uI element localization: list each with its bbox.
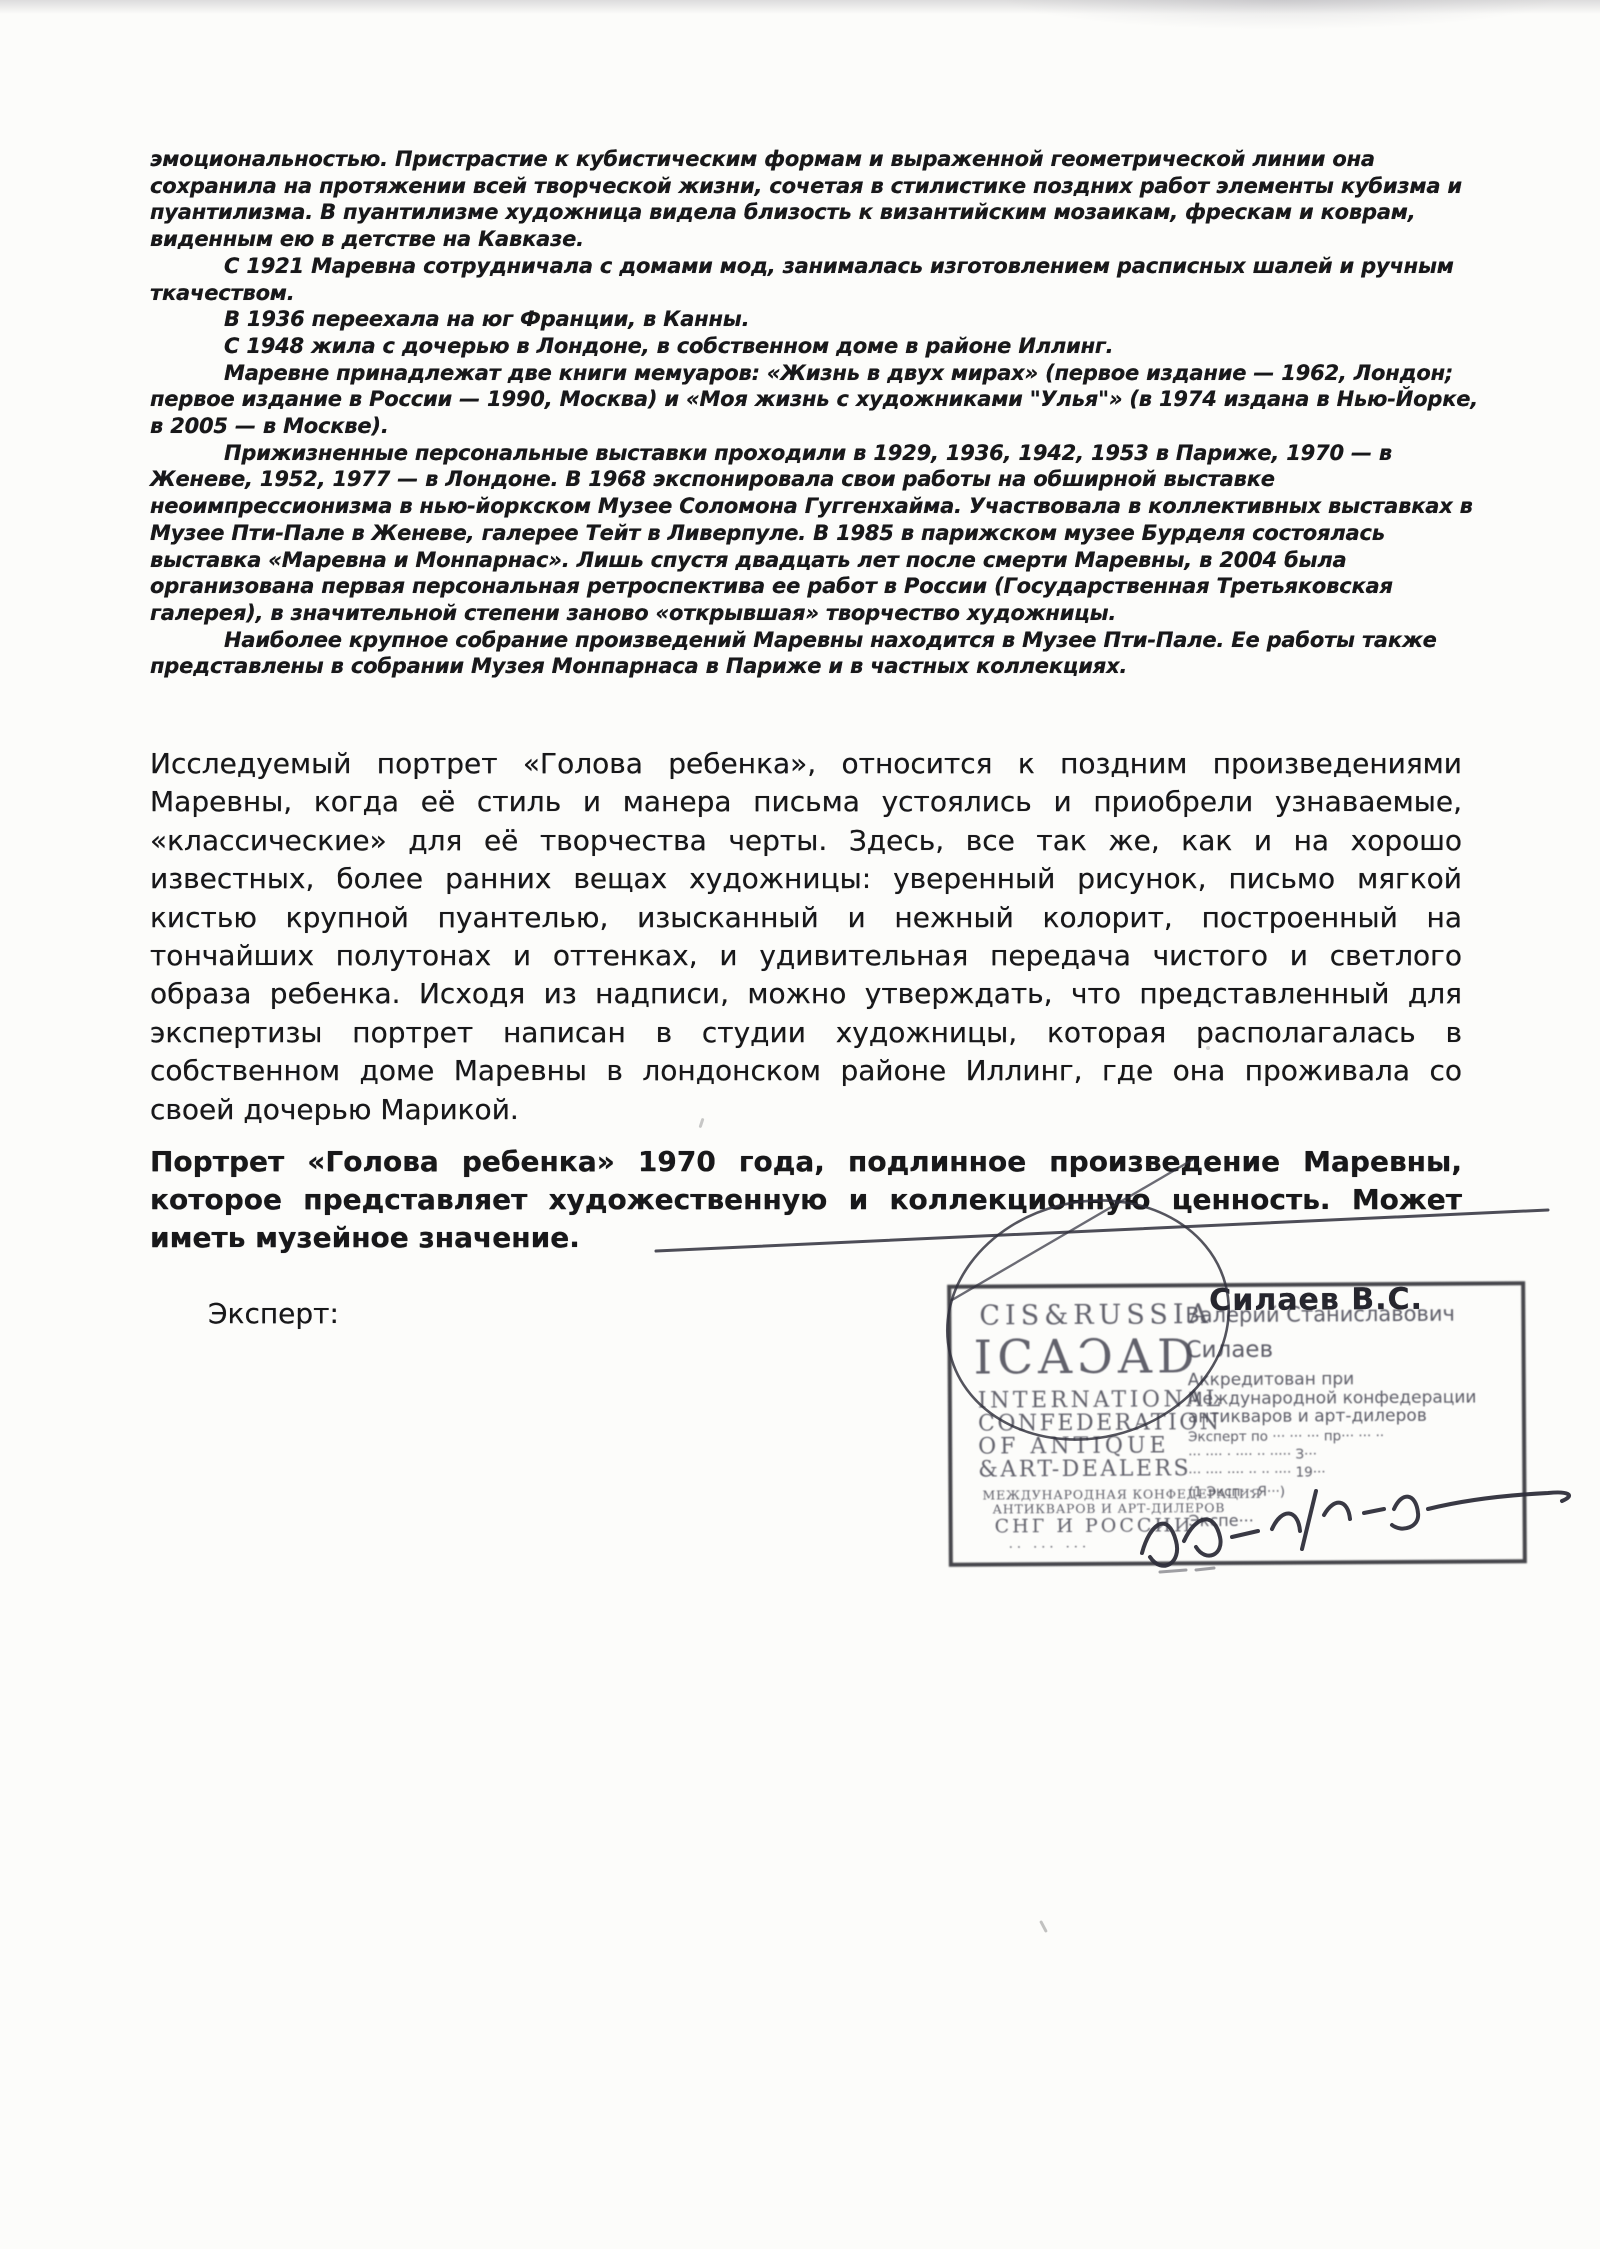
text-line: «классические» для её творчества черты. … [150,822,1462,860]
text-line: Маревны, когда её стиль и манера письма … [150,783,1462,821]
stamp-org-art-dealers: &ART-DEALERS [978,1456,1191,1482]
text-line: тончайших полутонах и оттенках, и удивит… [150,937,1462,975]
bio-line: виденным ею в детстве на Кавказе. [150,226,1480,253]
stamp-org-cis-russia: CIS&RUSSIA [979,1299,1213,1331]
bio-line: неоимпрессионизма в нью-йоркском Музее С… [150,493,1480,520]
bio-line: Музее Пти-Пале в Женеве, галерее Тейт в … [150,520,1480,547]
bio-line: ткачеством. [150,280,1480,307]
text-line: своей дочерью Марикой. [150,1091,1462,1129]
bio-line: организована первая персональная ретросп… [150,573,1480,600]
bio-line: В 1936 переехала на юг Франции, в Канны. [150,306,1480,333]
bio-line: сохранила на протяжении всей творческой … [150,173,1480,200]
analysis-paragraph: Исследуемый портрет «Голова ребенка», от… [150,745,1462,1129]
signature-underline-dashes [1160,1568,1214,1572]
bio-line: представлены в собрании Музея Монпарнаса… [150,653,1480,680]
stamp-accredited-1: Аккредитован при [1188,1369,1355,1390]
document-page: эмоциональностью. Пристрастие к кубистич… [0,0,1600,2249]
bio-line: пуантилизма. В пуантилизме художница вид… [150,199,1480,226]
bio-line: галерея), в значительной степени заново … [150,600,1480,627]
stamp-faint-expert-word: Экспе··· [1189,1511,1254,1530]
bio-line: Прижизненные персональные выставки прохо… [150,440,1480,467]
stamp-accredited-3: антикваров и арт-дилеров [1188,1406,1427,1427]
scan-smudge-artifact [1000,0,1560,30]
text-line: образа ребенка. Исходя из надписи, можно… [150,975,1462,1013]
bio-line: Наиболее крупное собрание произведений М… [150,627,1480,654]
bio-line: Женеве, 1952, 1977 — в Лондоне. В 1968 э… [150,466,1480,493]
stamp-org-logo-icaad: ICAƆAD [973,1329,1199,1385]
stamp-faint-line-2: ··· ···· · ···· ·· ····· З··· [1188,1447,1317,1464]
stamp-expert-block: Валерий Станиславович Силаев Аккредитова… [1185,1281,1522,1565]
expert-label: Эксперт: [208,1297,339,1330]
stamp-org-cis-rus-ru: СНГ И РОССИИ [995,1514,1194,1537]
bio-line: эмоциональностью. Пристрастие к кубистич… [150,146,1480,173]
stamp-expert-surname: Силаев [1185,1337,1273,1364]
bio-line: первое издание в России — 1990, Москва) … [150,386,1480,413]
text-line: Портрет «Голова ребенка» 1970 года, подл… [150,1143,1462,1181]
stamp-faint-line-1: Эксперт по ··· ··· ··· пр··· ··· ·· [1188,1428,1384,1445]
scan-speck [1206,1046,1210,1050]
artist-bio-section: эмоциональностью. Пристрастие к кубистич… [150,146,1480,680]
bio-line: в 2005 — в Москве). [150,413,1480,440]
stamp-org-block: CIS&RUSSIA ICAƆAD INTERNATIONAL CONFEDER… [947,1283,1189,1566]
bio-line: С 1948 жила с дочерью в Лондоне, в собст… [150,333,1480,360]
text-line: известных, более ранних вещах художницы:… [150,860,1462,898]
expert-stamp: CIS&RUSSIA ICAƆAD INTERNATIONAL CONFEDER… [947,1281,1527,1567]
conclusion-paragraph: Портрет «Голова ребенка» 1970 года, подл… [150,1143,1462,1257]
text-line: собственном доме Маревны в лондонском ра… [150,1052,1462,1090]
stamp-org-dots: ·· ··· ··· [1009,1540,1090,1555]
stamp-faint-line-3: ··· ···· ···· ·· ·· ···· 19··· [1188,1464,1325,1481]
stamp-faint-line-4: (1 Эксп· · Я···) [1188,1484,1285,1501]
scan-speck [1039,1920,1048,1933]
text-line: экспертизы портрет написан в студии худо… [150,1014,1462,1052]
expert-printed-name: Силаев В.С. [1209,1282,1423,1318]
bio-line: выставка «Маревна и Монпарнас». Лишь спу… [150,547,1480,574]
text-line: иметь музейное значение. [150,1219,1462,1257]
text-line: Исследуемый портрет «Голова ребенка», от… [150,745,1462,783]
text-line: кистью крупной пуантелью, изысканный и н… [150,899,1462,937]
text-line: которое представляет художественную и ко… [150,1181,1462,1219]
bio-line: Маревне принадлежат две книги мемуаров: … [150,360,1480,387]
bio-line: С 1921 Маревна сотрудничала с домами мод… [150,253,1480,280]
